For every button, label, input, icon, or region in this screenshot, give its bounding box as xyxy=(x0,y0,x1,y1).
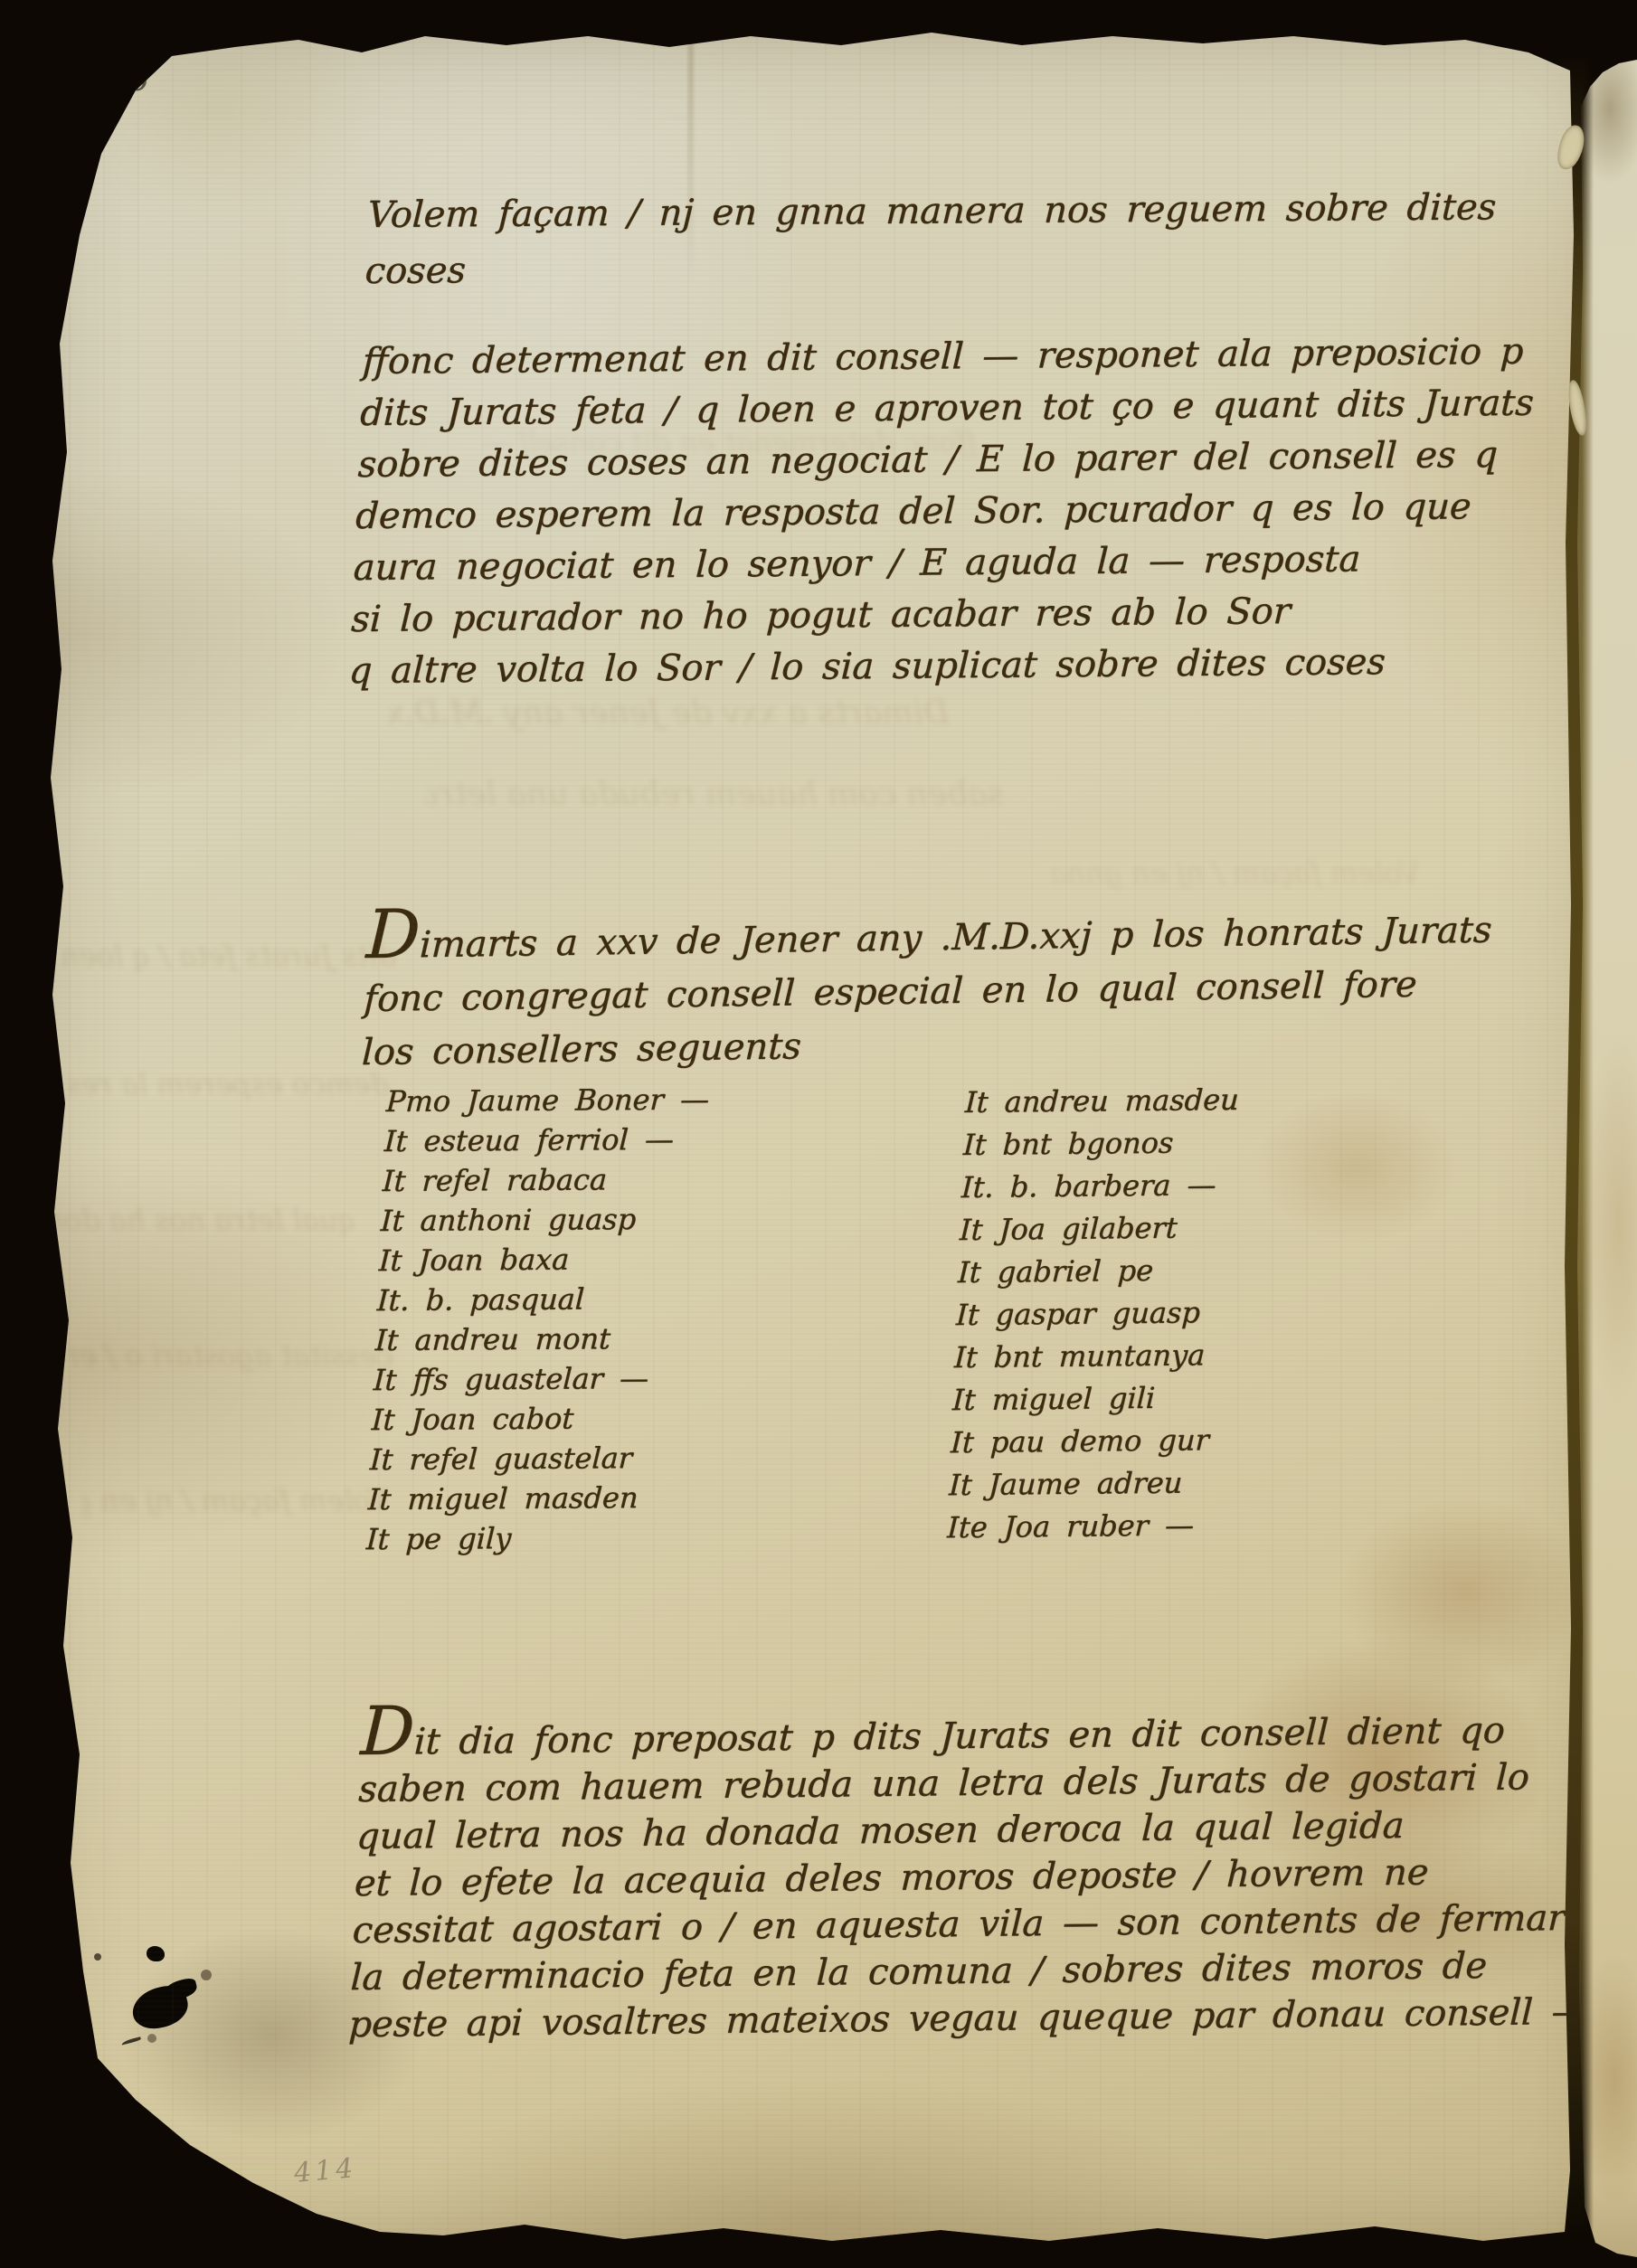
council-member-name: It gaspar guasp xyxy=(955,1291,1231,1337)
bleed-through-line: saben com hauem rebuda una letra dels Ju… xyxy=(425,776,1004,813)
council-member-name: Pmo Jaume Boner — xyxy=(385,1080,710,1122)
bleed-through-line: Volem façam / nj en gnna manera nos regu… xyxy=(81,1483,389,1517)
bleed-through-line: cessitat agostari o / en aquesta vila — … xyxy=(68,1338,393,1373)
council-member-name: It andreu mont xyxy=(374,1318,699,1361)
opening-paragraph: Volem façam / nj en gnna manera nos regu… xyxy=(364,179,1497,299)
paper-hole xyxy=(147,1946,165,1961)
proposal-paragraph: Dit dia fonc preposat p dits Jurats en d… xyxy=(347,1699,1601,2049)
council-member-name: It miguel masden xyxy=(367,1478,692,1520)
council-member-name: It anthoni guasp xyxy=(380,1199,705,1242)
council-member-name: It Jaume adreu xyxy=(948,1461,1224,1507)
manuscript-text-line: Volem façam / nj en gnna manera nos regu… xyxy=(366,179,1498,243)
council-member-name: It miguel gili xyxy=(951,1376,1227,1422)
council-member-name: Ite Joa ruber — xyxy=(946,1504,1222,1549)
council-member-name: It Joan baxa xyxy=(378,1239,703,1281)
manuscript-page: dits Jurats feta / q loen e aproven tot … xyxy=(0,0,1637,2268)
council-member-name: It gabriel pe xyxy=(957,1249,1233,1294)
manuscript-scan: dits Jurats feta / q loen e aproven tot … xyxy=(0,0,1637,2268)
council-member-name: It Joan cabot xyxy=(371,1398,695,1441)
paper-hole xyxy=(23,2062,55,2118)
manuscript-text-line: coses xyxy=(364,235,1495,299)
bleed-through-line: Dimarts a xxv de Jener any .M.D.xxj p lo… xyxy=(389,695,950,732)
manuscript-text-line: aura negociat en lo senyor / E aguda la … xyxy=(353,533,1528,594)
council-member-name: It bnt bgonos xyxy=(962,1121,1238,1167)
council-member-name: It andreu masdeu xyxy=(964,1079,1240,1124)
session-date-heading: Dimarts a xxv de Jener any .M.D.xxj p lo… xyxy=(361,900,1493,1080)
council-member-name: It. b. pasqual xyxy=(376,1279,701,1321)
council-list-left-column: Pmo Jaume Boner — It esteua ferriol — It… xyxy=(365,1080,710,1560)
council-member-name: It refel rabaca xyxy=(382,1159,706,1202)
council-member-name: It Joa gilabert xyxy=(959,1206,1235,1252)
council-list-right-column: It andreu masdeu It bnt bgonos It. b. ba… xyxy=(946,1079,1239,1549)
ink-speck xyxy=(94,1953,101,1961)
council-response-paragraph: ffonc determenat en dit consell — respon… xyxy=(348,326,1538,697)
bleed-through-line: qual letra nos ha donada mosen deroca la… xyxy=(49,1203,356,1237)
manuscript-text-line: q altre volta lo Sor / lo sia suplicat s… xyxy=(348,636,1524,697)
pencil-number: 414 xyxy=(293,2152,358,2189)
council-member-name: It refel guastelar xyxy=(369,1438,694,1480)
bleed-through-line: Volem façam / nj en gnna manera nos regu… xyxy=(1040,855,1420,890)
paper-hole xyxy=(128,1981,193,2034)
bleed-through-line: demco esperem la resposta del Sor. pcura… xyxy=(63,1067,389,1101)
council-member-name: It bnt muntanya xyxy=(953,1334,1229,1379)
council-member-name: It pe gily xyxy=(365,1517,690,1560)
bleed-through-line: dits Jurats feta / q loen e aproven tot … xyxy=(52,939,396,973)
council-member-name: It esteua ferriol — xyxy=(383,1120,708,1162)
council-member-name: It. b. barbera — xyxy=(960,1164,1236,1209)
folio-number: 826 xyxy=(80,60,154,104)
council-member-name: It pau demo gur xyxy=(950,1419,1225,1464)
council-member-name: It ffs guastelar — xyxy=(373,1358,697,1401)
